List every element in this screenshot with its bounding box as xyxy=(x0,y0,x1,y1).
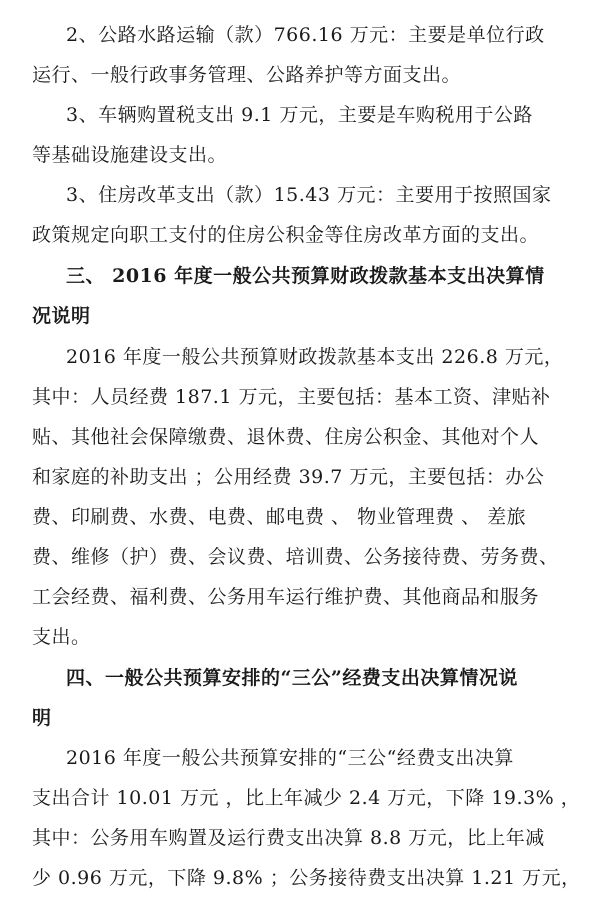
paragraph-line: 少 0.96 万元，下降 9.8% ；公务接待费支出决算 1.21 万元， xyxy=(32,858,572,898)
paragraph-line: 3、车辆购置税支出 9.1 万元，主要是车购税用于公路 xyxy=(66,95,572,135)
document-page: 2、公路水路运输（款）766.16 万元：主要是单位行政 运行、一般行政事务管理… xyxy=(0,0,600,906)
paragraph-line: 和家庭的补助支出 ；公用经费 39.7 万元，主要包括：办公 xyxy=(32,457,572,497)
paragraph-line: 2016 年度一般公共预算财政拨款基本支出 226.8 万元， xyxy=(66,337,572,377)
paragraph-line: 2016 年度一般公共预算安排的“三公“经费支出决算 xyxy=(66,738,572,778)
paragraph-line: 支出。 xyxy=(32,617,572,657)
section-heading-3: 三、 2016 年度一般公共预算财政拨款基本支出决算情 xyxy=(66,256,572,296)
paragraph-line: 费、印刷费、水费、电费、邮电费 、 物业管理费 、 差旅 xyxy=(32,497,572,537)
section-heading-4: 四、一般公共预算安排的“三公”经费支出决算情况说 xyxy=(66,658,572,698)
paragraph-line: 3、住房改革支出（款）15.43 万元：主要用于按照国家 xyxy=(66,175,572,215)
paragraph-line: 支出合计 10.01 万元 ，比上年减少 2.4 万元，下降 19.3% ， xyxy=(32,778,572,818)
paragraph-line: 贴、其他社会保障缴费、退休费、住房公积金、其他对个人 xyxy=(32,417,572,457)
section-heading-4-cont: 明 xyxy=(32,698,572,738)
paragraph-line: 运行、一般行政事务管理、公路养护等方面支出。 xyxy=(32,55,572,95)
section-heading-3-cont: 况说明 xyxy=(32,296,572,336)
paragraph-line: 其中：公务用车购置及运行费支出决算 8.8 万元，比上年减 xyxy=(32,818,572,858)
paragraph-line: 2、公路水路运输（款）766.16 万元：主要是单位行政 xyxy=(66,15,572,55)
paragraph-line: 等基础设施建设支出。 xyxy=(32,135,572,175)
paragraph-line: 工会经费、福利费、公务用车运行维护费、其他商品和服务 xyxy=(32,577,572,617)
paragraph-line: 费、维修（护）费、会议费、培训费、公务接待费、劳务费、 xyxy=(32,537,572,577)
paragraph-line: 其中：人员经费 187.1 万元，主要包括：基本工资、津贴补 xyxy=(32,377,572,417)
paragraph-line: 政策规定向职工支付的住房公积金等住房改革方面的支出。 xyxy=(32,215,572,255)
